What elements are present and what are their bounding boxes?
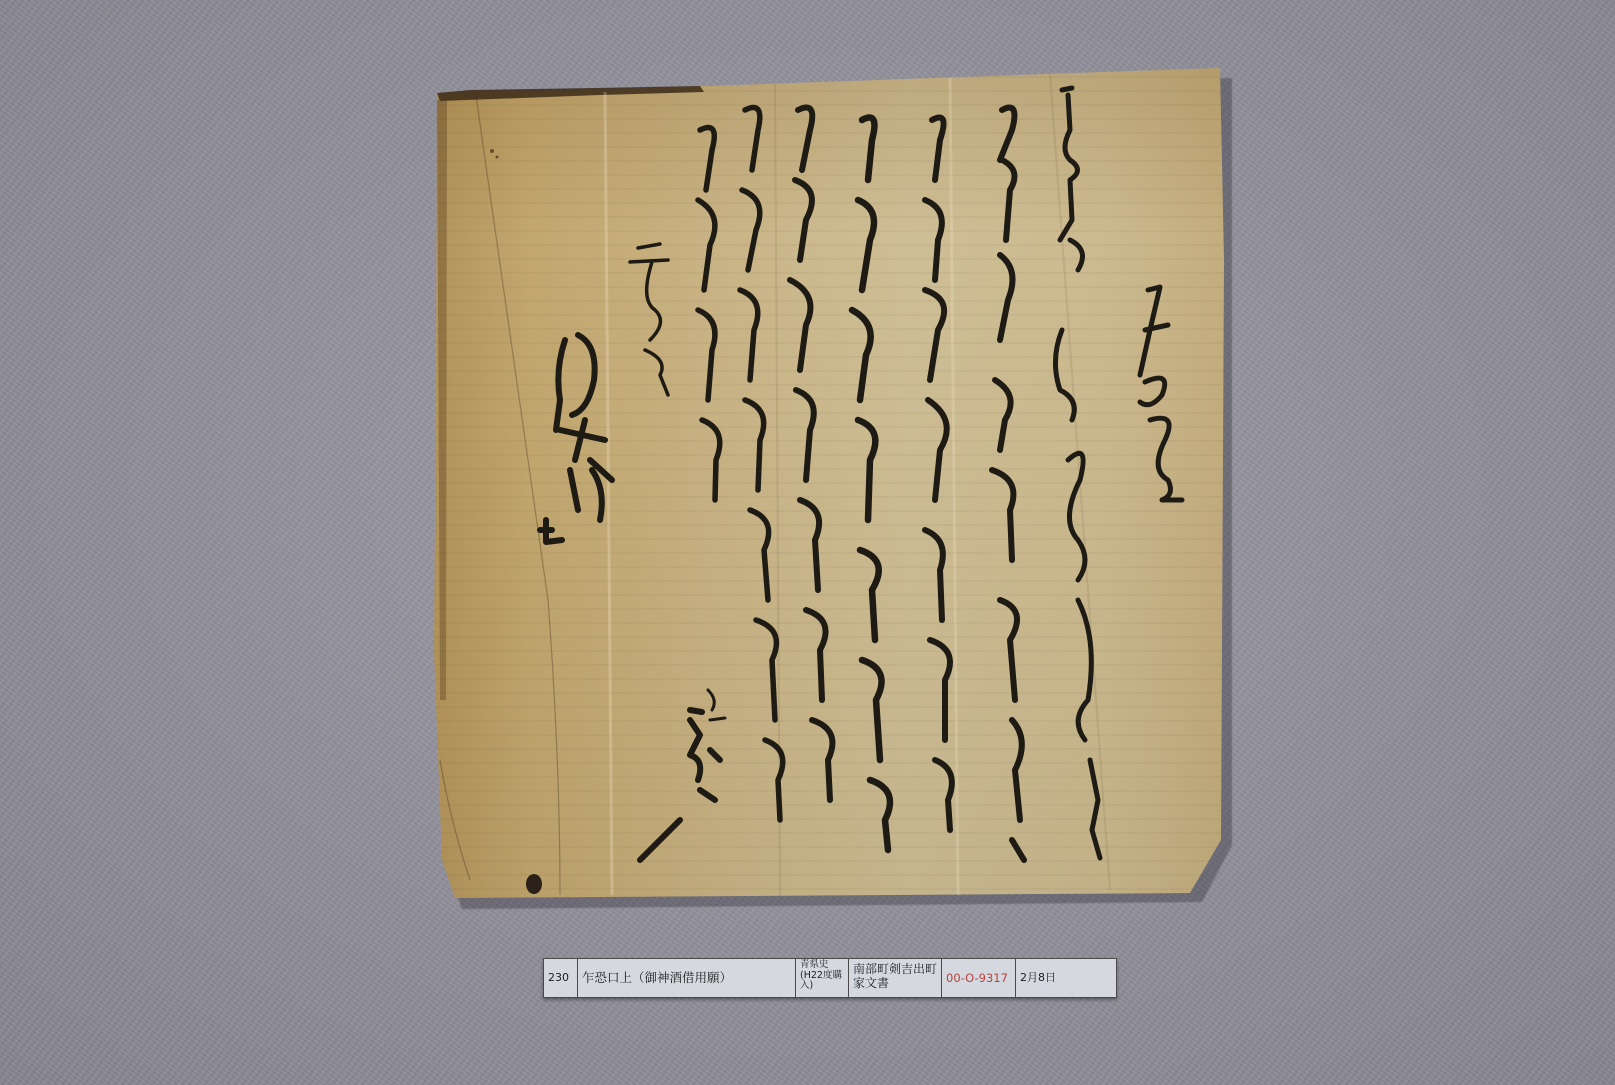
catalog-label: 230 乍恐口上（御神酒借用願） 青県史 (H22度購 入) 南部町剣吉出町 家… (543, 958, 1117, 998)
document-image (0, 0, 1615, 1085)
document-title: 乍恐口上（御神酒借用願） (578, 959, 796, 997)
catalog-code: 00-O-9317 (942, 959, 1016, 997)
document-date: 2月8日 (1016, 959, 1116, 997)
document-sheet (0, 0, 1615, 1085)
catalog-number: 230 (544, 959, 578, 997)
collection-name: 南部町剣吉出町 家文書 (849, 959, 942, 997)
series-info: 青県史 (H22度購 入) (796, 959, 849, 997)
